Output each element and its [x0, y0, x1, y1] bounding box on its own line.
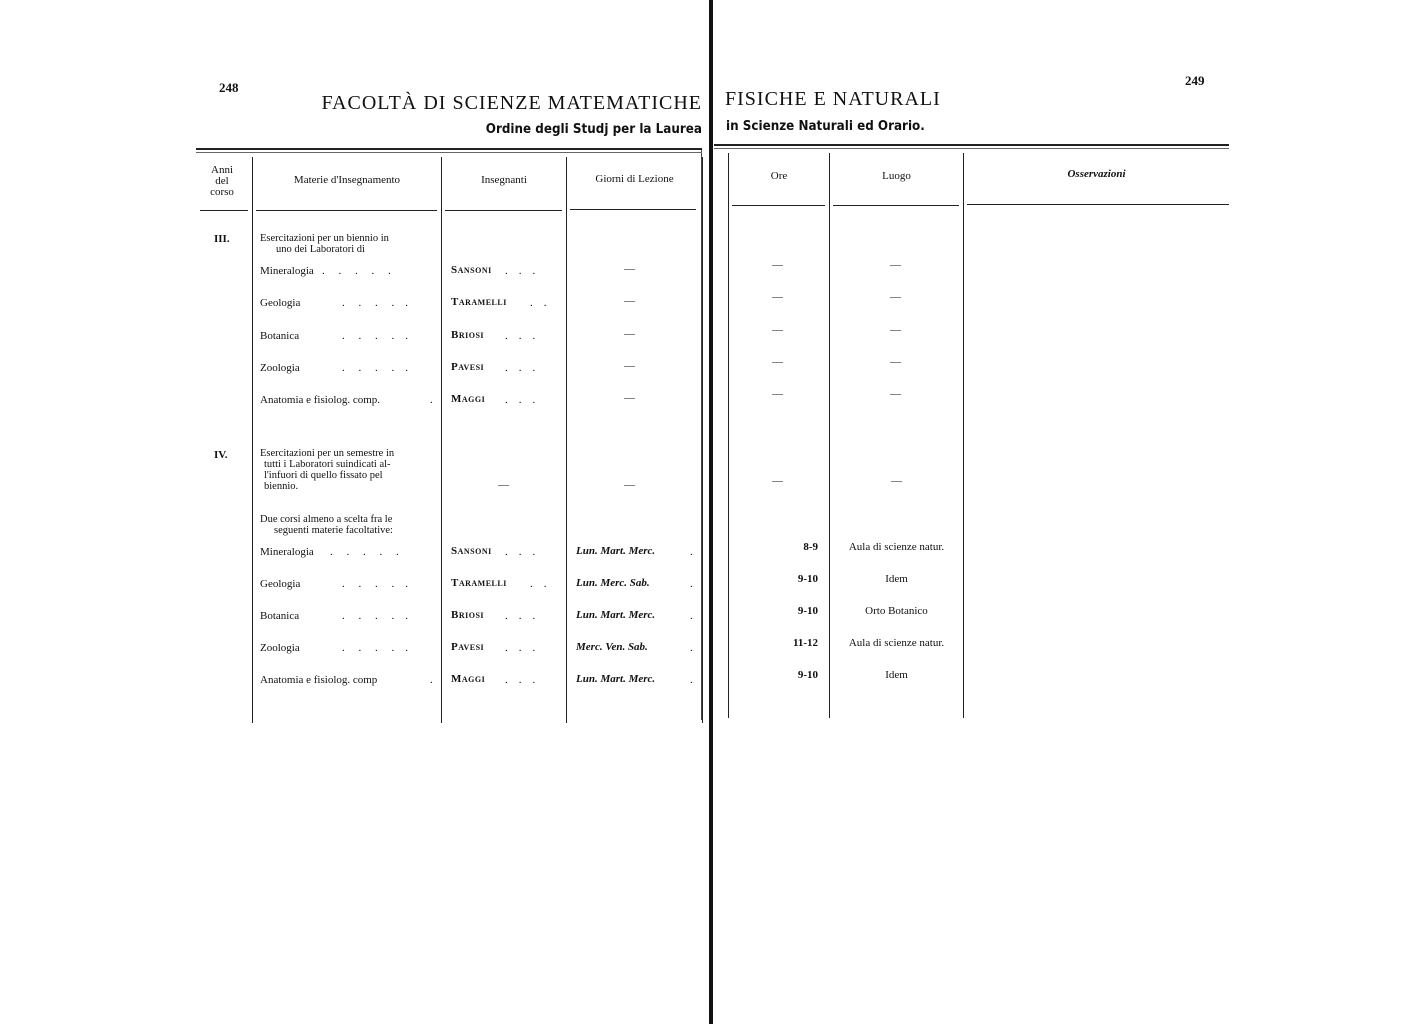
header-giorni: Giorni di Lezione [567, 174, 702, 185]
leader-dots: . . . [505, 547, 535, 558]
insegnante: Pavesi [451, 642, 484, 653]
luogo-value: — [890, 325, 901, 336]
ore-value: 9-10 [750, 574, 818, 585]
giorni-value: Merc. Ven. Sab. [576, 642, 648, 653]
insegnante: Sansoni [451, 265, 492, 276]
leader-dots: . . . [505, 331, 535, 342]
ore-value: — [772, 357, 783, 368]
col-divider-anni [252, 157, 253, 723]
materia: Geologia [260, 298, 300, 309]
luogo-value: — [890, 292, 901, 303]
col-divider-luogo [963, 153, 964, 718]
insegnante: Pavesi [451, 362, 484, 373]
leader-dots: . . . . . [342, 579, 408, 590]
leader-dots: . [690, 579, 693, 590]
insegnante: Maggi [451, 394, 485, 405]
leader-dots: . . . . . [342, 331, 408, 342]
page-subtitle-right: in Scienze Naturali ed Orario. [726, 119, 925, 134]
leader-dots: . . [530, 579, 547, 590]
year-IV-intro-ore: — [772, 476, 783, 487]
luogo-value: Orto Botanico [830, 606, 963, 617]
year-label-IV: IV. [214, 450, 228, 461]
table-top-rule-left-thin [196, 152, 702, 153]
header-luogo: Luogo [830, 171, 963, 182]
leader-dots: . [690, 611, 693, 622]
table-top-rule-right [714, 144, 1229, 146]
page-title-right: FISICHE E NATURALI [725, 88, 941, 111]
ore-value: — [772, 292, 783, 303]
ore-value: 9-10 [750, 606, 818, 617]
header-anni: Anni del corso [200, 165, 244, 198]
leader-dots: . . . . . [342, 298, 408, 309]
header-underline-materie [256, 210, 437, 211]
insegnante: Taramelli [451, 578, 507, 589]
leader-dots: . . . [505, 363, 535, 374]
giorni-value: Lun. Merc. Sab. [576, 578, 650, 589]
materia: Mineralogia [260, 266, 314, 277]
leader-dots: . . . [505, 395, 535, 406]
materia: Mineralogia [260, 547, 314, 558]
insegnante: Sansoni [451, 546, 492, 557]
ore-value: 8-9 [750, 542, 818, 553]
giorni-value: — [624, 361, 635, 372]
facoltative-intro-line1: Due corsi almeno a scelta fra le [260, 514, 393, 525]
luogo-value: Aula di scienze natur. [830, 542, 963, 553]
giorni-value: — [624, 264, 635, 275]
insegnante: Briosi [451, 610, 484, 621]
leader-dots: . [690, 643, 693, 654]
materia: Zoologia [260, 643, 300, 654]
materia: Anatomia e fisiolog. comp. [260, 395, 380, 406]
luogo-value: — [890, 389, 901, 400]
leader-dots: . . . . . [322, 266, 391, 277]
materia: Botanica [260, 331, 299, 342]
giorni-value: Lun. Mart. Merc. [576, 610, 655, 621]
year-IV-intro-insegnante: — [498, 480, 509, 491]
ore-value: — [772, 260, 783, 271]
header-underline-osservazioni [967, 204, 1229, 205]
leader-dots: . . . [505, 611, 535, 622]
year-IV-intro: Esercitazioni per un semestre in tutti i… [260, 448, 394, 492]
insegnante: Taramelli [451, 297, 507, 308]
leader-dots: . . . [505, 643, 535, 654]
year-IV-intro-giorni: — [624, 480, 635, 491]
year-IV-intro-line4: biennio. [260, 481, 394, 492]
giorni-value: — [624, 296, 635, 307]
header-underline-anni [200, 210, 248, 211]
col-divider-materie [441, 157, 442, 723]
header-underline-giorni [570, 209, 696, 210]
page-title-left: FACOLTÀ DI SCIENZE MATEMATICHE [321, 92, 702, 115]
luogo-value: — [890, 260, 901, 271]
year-IV-intro-line2: tutti i Laboratori suindicati al- [260, 459, 394, 470]
leader-dots: . . . [505, 266, 535, 277]
giorni-value: — [624, 393, 635, 404]
ore-value: 9-10 [750, 670, 818, 681]
leader-dots: . [690, 675, 693, 686]
col-divider-insegnanti [566, 157, 567, 723]
year-IV-intro-luogo: — [891, 476, 902, 487]
insegnante: Maggi [451, 674, 485, 685]
col-divider-ore-left [728, 153, 729, 718]
header-underline-luogo [833, 205, 959, 206]
year-III-intro: Esercitazioni per un biennio in uno dei … [260, 233, 389, 255]
col-divider-ore [829, 153, 830, 718]
leader-dots: . . . . . [342, 611, 408, 622]
materia: Anatomia e fisiolog. comp [260, 675, 377, 686]
page-subtitle-left: Ordine degli Studj per la Laurea [486, 122, 702, 137]
header-osservazioni: Osservazioni [964, 169, 1229, 180]
year-IV-facoltative-intro: Due corsi almeno a scelta fra le seguent… [260, 514, 393, 536]
luogo-value: — [890, 357, 901, 368]
ore-value: — [772, 389, 783, 400]
leader-dots: . [430, 675, 433, 686]
giorni-value: Lun. Mart. Merc. [576, 546, 655, 557]
luogo-value: Idem [830, 574, 963, 585]
leader-dots: . . . . . [330, 547, 399, 558]
leader-dots: . [430, 395, 433, 406]
giorni-value: Lun. Mart. Merc. [576, 674, 655, 685]
year-IV-intro-line1: Esercitazioni per un semestre in [260, 448, 394, 459]
table-top-rule-left [196, 148, 702, 150]
book-spine [709, 0, 713, 1024]
luogo-value: Aula di scienze natur. [830, 638, 963, 649]
ore-value: 11-12 [750, 638, 818, 649]
ore-value: — [772, 325, 783, 336]
year-label-III: III. [214, 234, 230, 245]
materia: Botanica [260, 611, 299, 622]
header-underline-ore [732, 205, 825, 206]
header-underline-insegnanti [445, 210, 562, 211]
leader-dots: . [690, 547, 693, 558]
header-anni-line3: corso [200, 187, 244, 198]
header-insegnanti: Insegnanti [442, 175, 566, 186]
insegnante: Briosi [451, 330, 484, 341]
year-III-intro-line2: uno dei Laboratori di [260, 244, 389, 255]
page-number-right: 249 [1185, 73, 1205, 89]
page-number-left: 248 [219, 80, 239, 96]
leader-dots: . . . [505, 675, 535, 686]
materia: Zoologia [260, 363, 300, 374]
leader-dots: . . [530, 298, 547, 309]
facoltative-intro-line2: seguenti materie facoltative: [260, 525, 393, 536]
year-IV-intro-line3: l'infuori di quello fissato pel [260, 470, 394, 481]
header-materie: Materie d'Insegnamento [253, 175, 441, 186]
header-ore: Ore [729, 171, 829, 182]
col-divider-giorni [702, 157, 703, 723]
table-top-rule-right-thin [714, 148, 1229, 149]
materia: Geologia [260, 579, 300, 590]
luogo-value: Idem [830, 670, 963, 681]
giorni-value: — [624, 329, 635, 340]
leader-dots: . . . . . [342, 643, 408, 654]
year-III-intro-line1: Esercitazioni per un biennio in [260, 233, 389, 244]
leader-dots: . . . . . [342, 363, 408, 374]
